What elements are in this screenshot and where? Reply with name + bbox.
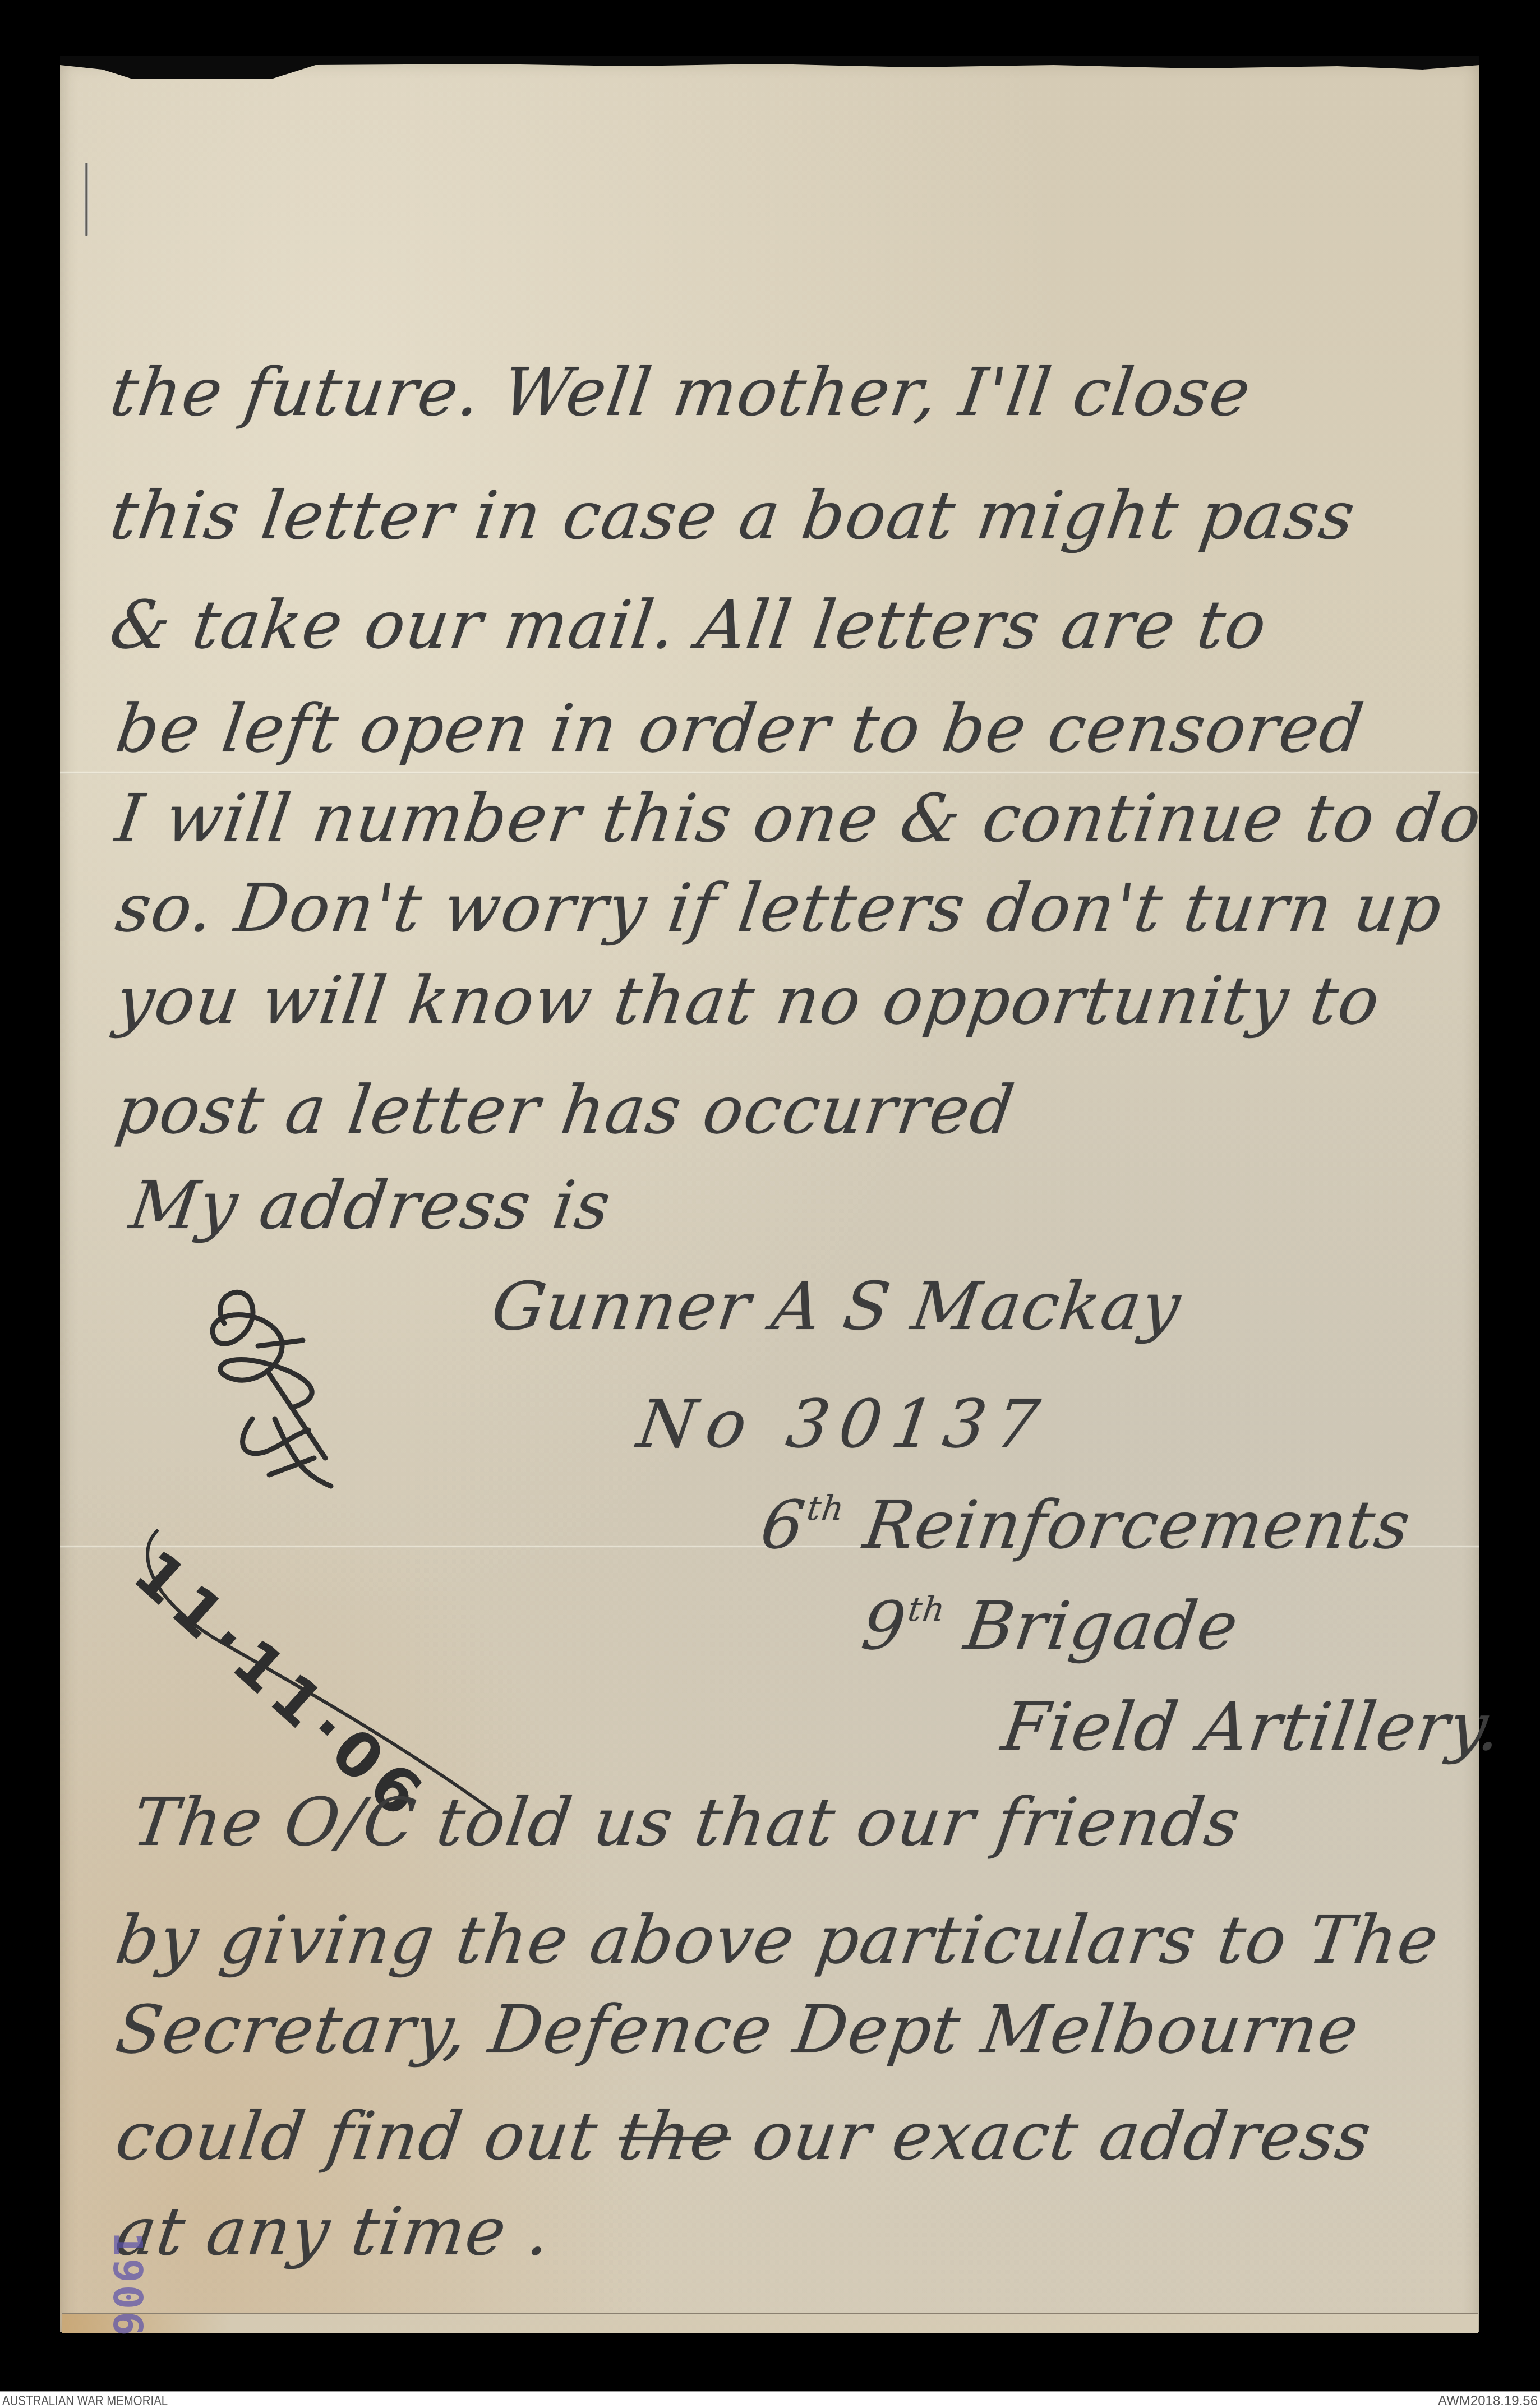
struck-word: the	[614, 2097, 737, 2175]
unit-name: Reinforcements	[859, 1486, 1416, 1563]
letter-line: post a letter has occurred	[112, 1077, 1018, 1143]
letter-line: you will know that no opportunity to	[112, 967, 1385, 1034]
letter-line: I will number this one & continue to do	[112, 785, 1486, 851]
address-corps: Field Artillery.	[998, 1694, 1506, 1760]
letter-line: the future. Well mother, I'll close	[107, 359, 1255, 425]
address-brigade: 9th Brigade	[858, 1593, 1243, 1659]
brigade-ordinal-suffix: th	[906, 1590, 949, 1629]
letter-line: & take our mail. All letters are to	[107, 592, 1271, 658]
letter-line: so. Don't worry if letters don't turn up	[112, 875, 1447, 941]
credit-footer: AUSTRALIAN WAR MEMORIAL AWM2018.19.56	[0, 2391, 1540, 2408]
address-name: Gunner A S Mackay	[488, 1273, 1185, 1339]
letter-line: at any time .	[112, 2198, 555, 2264]
paper-tear	[84, 163, 89, 236]
brigade-name: Brigade	[960, 1587, 1244, 1664]
institution-label: AUSTRALIAN WAR MEMORIAL	[2, 2393, 168, 2408]
archive-stamp: 1906	[104, 2232, 151, 2338]
accession-number: AWM2018.19.56	[1438, 2393, 1538, 2408]
fold-crease	[60, 771, 1479, 774]
letter-line: this letter in case a boat might pass	[107, 482, 1359, 548]
letter-line: Secretary, Defence Dept Melbourne	[112, 1996, 1363, 2063]
letter-line: could find out the our exact address	[112, 2103, 1376, 2169]
address-unit: 6th Reinforcements	[757, 1492, 1415, 1558]
address-service-number: No 30137	[634, 1391, 1053, 1457]
unit-ordinal-suffix: th	[805, 1489, 848, 1528]
line-text: could find out	[112, 2097, 603, 2175]
line-text: our exact address	[748, 2097, 1377, 2175]
underlying-sheet-edge	[62, 2313, 1478, 2333]
letter-line: by giving the above particulars to The	[112, 1907, 1443, 1973]
letter-line: be left open in order to be censored	[112, 695, 1368, 762]
letter-line: The O/C told us that our friends	[129, 1789, 1245, 1855]
address-intro: My address is	[126, 1172, 615, 1238]
